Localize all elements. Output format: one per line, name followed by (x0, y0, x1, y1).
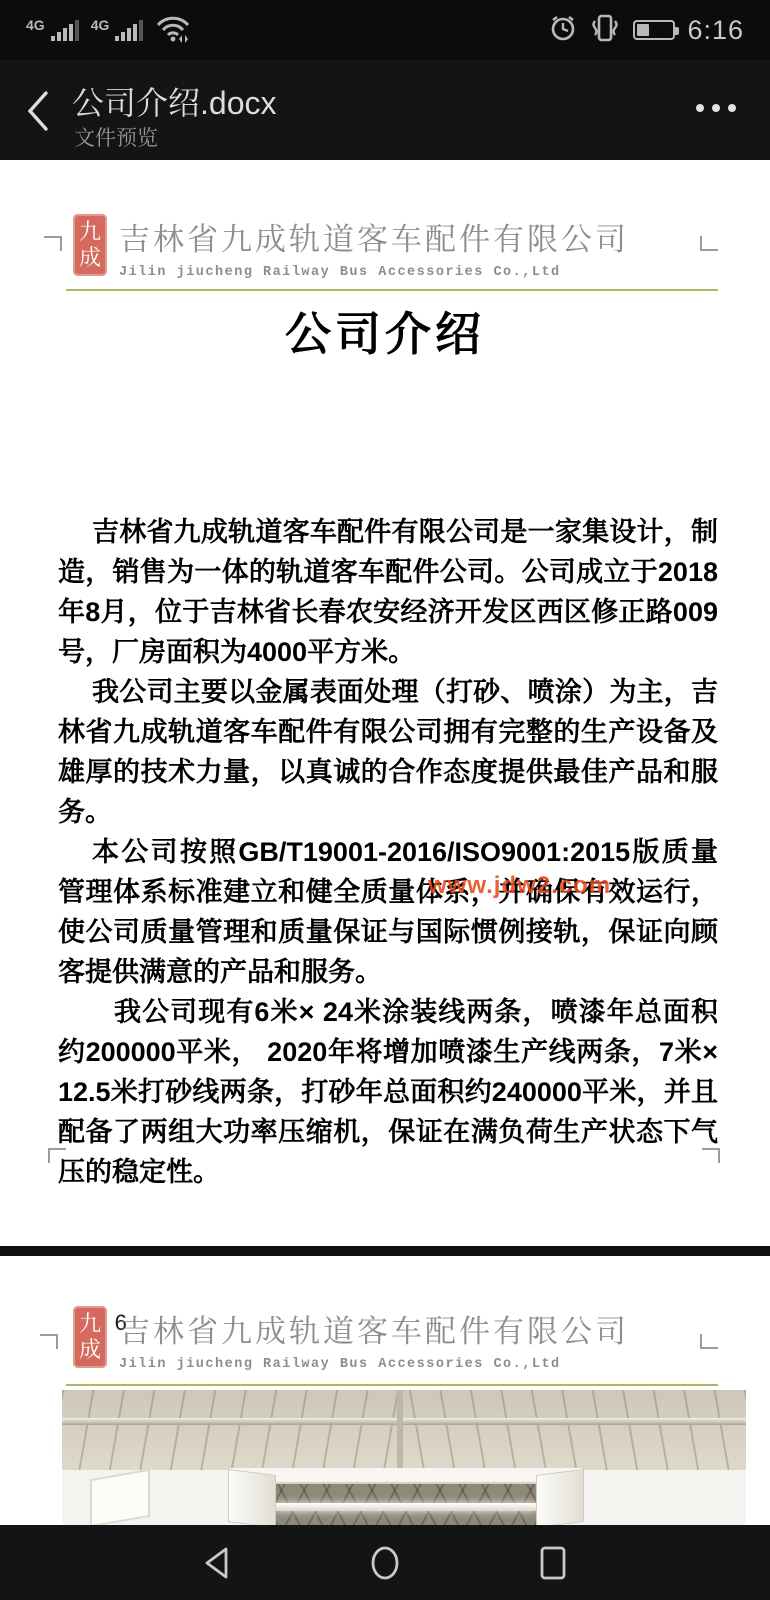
alarm-icon (549, 14, 577, 47)
status-time: 6:16 (687, 15, 744, 46)
company-seal-logo: 九 成 (73, 1306, 107, 1368)
seal-char-top: 九 (79, 1311, 101, 1337)
status-bar: 4G 4G (0, 0, 770, 60)
document-preview-scroll[interactable]: 九 成 吉林省九成轨道客车配件有限公司 Jilin jiucheng Railw… (0, 160, 770, 1525)
watermark-text: www.jdw2.com (428, 872, 611, 900)
company-name-en: Jilin jiucheng Railway Bus Accessories C… (119, 265, 629, 280)
company-letterhead: 九 成 吉林省九成轨道客车配件有限公司 Jilin jiucheng Railw… (73, 1306, 629, 1372)
file-title: 公司介绍.docx (72, 78, 277, 124)
android-nav-bar (0, 1525, 770, 1600)
paragraph: 我公司现有6米× 24米涂装线两条，喷漆年总面积约200000平米， 2020年… (58, 992, 718, 1192)
sim2-network-label: 4G (91, 17, 110, 33)
document-title: 公司介绍 (0, 298, 770, 364)
nav-recents-icon[interactable] (534, 1544, 572, 1582)
margin-mark-icon (700, 1334, 718, 1349)
margin-mark-icon (700, 236, 718, 251)
company-letterhead: 九 成 吉林省九成轨道客车配件有限公司 Jilin jiucheng Railw… (73, 214, 629, 280)
factory-photo (62, 1390, 746, 1525)
document-body: 吉林省九成轨道客车配件有限公司是一家集设计，制造，销售为一体的轨道客车配件公司。… (58, 512, 718, 1192)
vibrate-icon (589, 13, 621, 48)
signal-sim1-icon: 4G (26, 20, 79, 41)
margin-mark-icon (40, 1334, 58, 1349)
company-seal-logo: 九 成 (73, 214, 107, 276)
battery-icon (633, 20, 675, 40)
company-name-en: Jilin jiucheng Railway Bus Accessories C… (119, 1357, 629, 1372)
sim1-network-label: 4G (26, 17, 45, 33)
app-header: 公司介绍.docx 文件预览 (0, 60, 770, 160)
back-icon[interactable] (24, 88, 58, 136)
photo-skylight (90, 1469, 150, 1525)
seal-char-top: 九 (79, 219, 101, 245)
letterhead-rule (66, 1384, 718, 1386)
file-preview-label: 文件预览 (74, 122, 158, 152)
wifi-icon (155, 13, 191, 48)
photo-light-tube (276, 1503, 536, 1511)
paragraph: 吉林省九成轨道客车配件有限公司是一家集设计，制造，销售为一体的轨道客车配件公司。… (58, 512, 718, 672)
nav-back-icon[interactable] (198, 1544, 236, 1582)
phone-screen: 4G 4G (0, 0, 770, 1600)
signal-sim2-icon: 4G (91, 20, 144, 41)
seal-char-bottom: 成 (79, 1337, 101, 1363)
company-name-cn: 吉林省九成轨道客车配件有限公司 (119, 214, 629, 259)
margin-mark-icon (44, 236, 62, 251)
company-name-cn: 吉林省九成轨道客车配件有限公司 (119, 1306, 629, 1351)
paragraph: 本公司按照GB/T19001-2016/ISO9001:2015版质量管理体系标… (58, 832, 718, 992)
letterhead-rule (66, 289, 718, 291)
photo-door-right (536, 1469, 584, 1525)
photo-door-left (228, 1469, 276, 1525)
nav-home-icon[interactable] (366, 1544, 404, 1582)
page-divider (0, 1246, 770, 1256)
overflow-menu-icon[interactable] (696, 104, 736, 112)
seal-char-bottom: 成 (79, 245, 101, 271)
paragraph: 我公司主要以金属表面处理（打砂、喷涂）为主，吉林省九成轨道客车配件有限公司拥有完… (58, 672, 718, 832)
